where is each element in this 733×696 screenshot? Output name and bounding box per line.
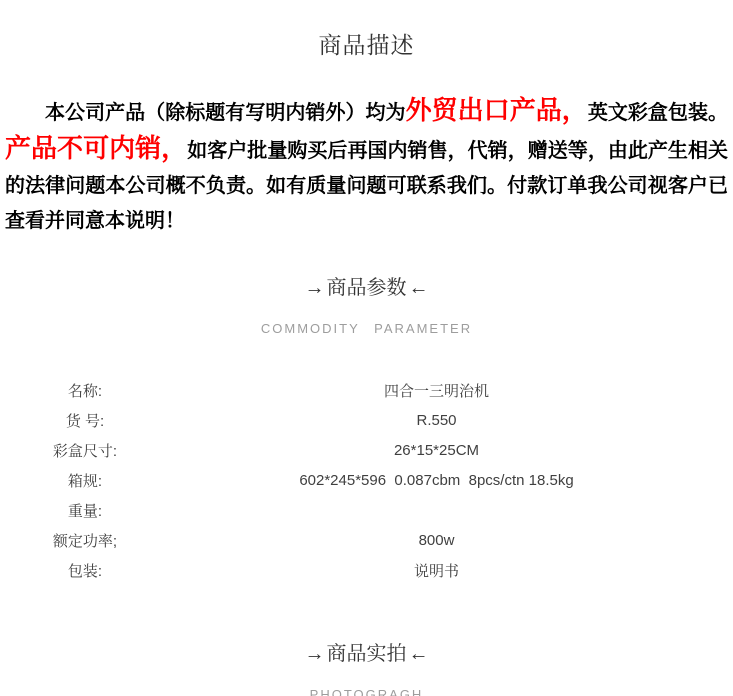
arrow-right-icon: → — [303, 643, 327, 665]
param-value-color-box-size: 26*15*25CM — [170, 442, 733, 459]
param-value-item-number: R.550 — [170, 412, 733, 429]
notice-text-2: 英文彩盒包装。 — [588, 102, 728, 124]
parameters-table: 名称: 四合一三明治机 货 号: R.550 彩盒尺寸: 26*15*25CM … — [0, 375, 733, 585]
table-row: 重量: — [0, 495, 733, 525]
table-row: 名称: 四合一三明治机 — [0, 375, 733, 405]
notice-text-1: 本公司产品（除标题有写明内销外）均为 — [45, 102, 406, 124]
photos-heading-text: 商品实拍 — [327, 643, 407, 665]
param-value-name: 四合一三明治机 — [170, 380, 733, 401]
param-label-carton-spec: 箱规: — [0, 470, 170, 491]
param-label-rated-power: 额定功率; — [0, 530, 170, 551]
param-value-packing: 说明书 — [170, 560, 733, 581]
param-label-item-number: 货 号: — [0, 410, 170, 431]
table-row: 货 号: R.550 — [0, 405, 733, 435]
product-description-page: 商品描述 本公司产品（除标题有写明内销外）均为外贸出口产品，英文彩盒包装。产品不… — [0, 0, 733, 696]
param-label-color-box-size: 彩盒尺寸: — [0, 440, 170, 461]
parameters-section-heading: →商品参数← — [0, 271, 733, 300]
arrow-right-icon: → — [303, 277, 327, 299]
param-label-weight: 重量: — [0, 500, 170, 521]
export-notice-paragraph: 本公司产品（除标题有写明内销外）均为外贸出口产品，英文彩盒包装。产品不可内销，如… — [5, 93, 728, 239]
table-row: 包装: 说明书 — [0, 555, 733, 585]
page-title: 商品描述 — [0, 0, 733, 60]
photos-section-subheading: PHOTOGRAGH — [0, 687, 733, 696]
parameters-section-subheading: COMMODITY PARAMETER — [0, 321, 733, 336]
arrow-left-icon: ← — [407, 277, 431, 299]
table-row: 彩盒尺寸: 26*15*25CM — [0, 435, 733, 465]
arrow-left-icon: ← — [407, 643, 431, 665]
table-row: 箱规: 602*245*596 0.087cbm 8pcs/ctn 18.5kg — [0, 465, 733, 495]
param-value-rated-power: 800w — [170, 532, 733, 549]
notice-red-highlight-1: 外贸出口产品， — [406, 95, 588, 125]
param-value-carton-spec: 602*245*596 0.087cbm 8pcs/ctn 18.5kg — [170, 472, 733, 489]
notice-red-highlight-2: 产品不可内销， — [5, 133, 187, 163]
table-row: 额定功率; 800w — [0, 525, 733, 555]
photos-section-heading: →商品实拍← — [0, 637, 733, 666]
param-label-packing: 包装: — [0, 560, 170, 581]
parameters-heading-text: 商品参数 — [327, 277, 407, 299]
param-label-name: 名称: — [0, 380, 170, 401]
